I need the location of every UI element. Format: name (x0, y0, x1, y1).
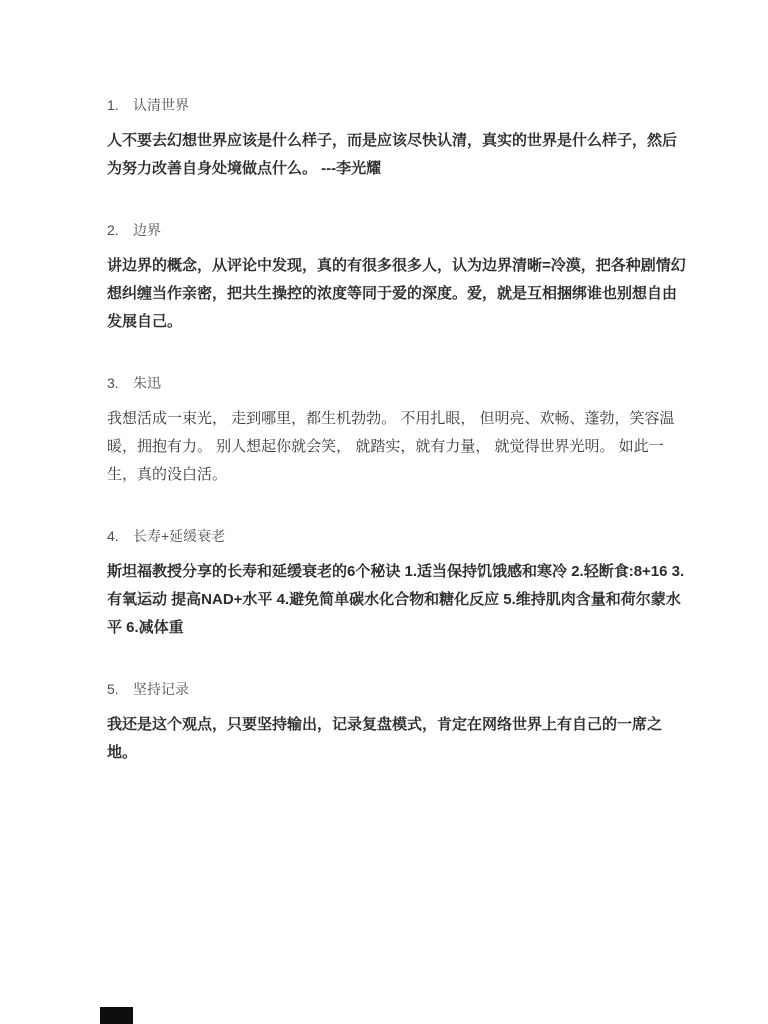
notes-list: 1. 认清世界 人不要去幻想世界应该是什么样子，而是应该尽快认清，真实的世界是什… (107, 94, 687, 803)
section-heading: 3. 朱迅 (107, 372, 687, 394)
note-section: 5. 坚持记录 我还是这个观点，只要坚持输出，记录复盘模式，肯定在网络世界上有自… (107, 678, 687, 767)
note-section: 4. 长寿+延缓衰老 斯坦福教授分享的长寿和延缓衰老的6个秘诀 1.适当保持饥饿… (107, 525, 687, 642)
page-bottom-artifact (100, 1007, 133, 1024)
section-body: 我想活成一束光， 走到哪里，都生机勃勃。 不用扎眼， 但明亮、欢畅、蓬勃，笑容温… (107, 405, 687, 489)
note-section: 1. 认清世界 人不要去幻想世界应该是什么样子，而是应该尽快认清，真实的世界是什… (107, 94, 687, 183)
section-title: 朱迅 (133, 372, 161, 394)
section-heading: 2. 边界 (107, 219, 687, 241)
section-body: 我还是这个观点，只要坚持输出，记录复盘模式，肯定在网络世界上有自己的一席之地。 (107, 711, 687, 767)
section-number: 2. (107, 219, 133, 241)
section-title: 认清世界 (133, 94, 189, 116)
note-section: 3. 朱迅 我想活成一束光， 走到哪里，都生机勃勃。 不用扎眼， 但明亮、欢畅、… (107, 372, 687, 489)
section-heading: 1. 认清世界 (107, 94, 687, 116)
section-body: 斯坦福教授分享的长寿和延缓衰老的6个秘诀 1.适当保持饥饿感和寒冷 2.轻断食:… (107, 558, 687, 642)
section-title: 长寿+延缓衰老 (133, 525, 225, 547)
section-number: 5. (107, 678, 133, 700)
section-number: 1. (107, 94, 133, 116)
section-title: 边界 (133, 219, 161, 241)
section-body: 人不要去幻想世界应该是什么样子，而是应该尽快认清，真实的世界是什么样子，然后为努… (107, 127, 687, 183)
section-title: 坚持记录 (133, 678, 189, 700)
section-heading: 4. 长寿+延缓衰老 (107, 525, 687, 547)
section-body: 讲边界的概念，从评论中发现，真的有很多很多人，认为边界清晰=冷漠，把各种剧情幻想… (107, 252, 687, 336)
note-section: 2. 边界 讲边界的概念，从评论中发现，真的有很多很多人，认为边界清晰=冷漠，把… (107, 219, 687, 336)
section-number: 3. (107, 372, 133, 394)
section-heading: 5. 坚持记录 (107, 678, 687, 700)
document-page: 1. 认清世界 人不要去幻想世界应该是什么样子，而是应该尽快认清，真实的世界是什… (0, 0, 768, 1024)
section-number: 4. (107, 525, 133, 547)
